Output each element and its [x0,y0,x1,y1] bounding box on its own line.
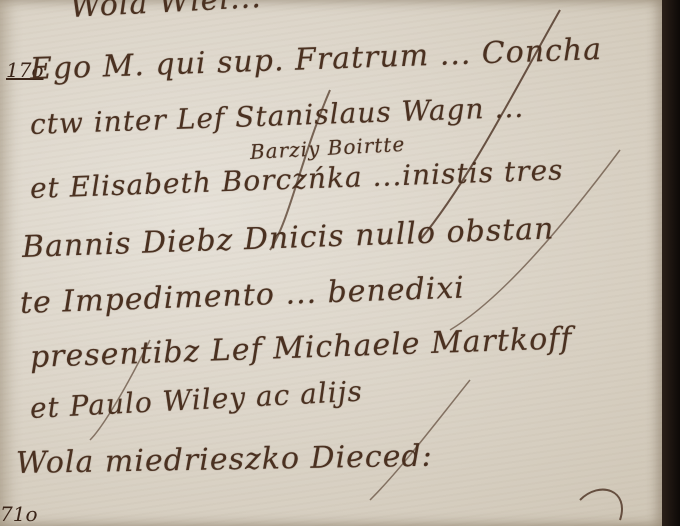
manuscript-line-8: et Paulo Wiley ac alijs [29,375,363,425]
manuscript-line-4: et Elisabeth Borczńka ...inistis tres [29,153,564,205]
manuscript-line-3-insert: Barziy Boirtte [249,132,405,164]
manuscript-page: Wola Wiel... 17o Ego M. qui sup. Fratrum… [0,0,662,526]
manuscript-line-1: Wola Wiel... [69,0,262,25]
next-entry-number: 71o [0,502,38,526]
manuscript-line-3: ctw inter Lef Stanislaus Wagn ... [29,91,524,141]
manuscript-line-6: te Impedimento ... benedixi [19,270,465,321]
manuscript-line-2: Ego M. qui sup. Fratrum ... Concha [29,32,602,87]
ink-flourish-strokes [0,0,662,526]
manuscript-line-5: Bannis Diebz Dnicis nullo obstan [21,211,555,265]
book-binding-edge [662,0,680,526]
manuscript-line-7: presentibz Lef Michaele Martkoff [29,321,573,375]
entry-number: 17o [6,58,44,82]
manuscript-line-9: Wola miedrieszko Dieced: [16,439,433,481]
